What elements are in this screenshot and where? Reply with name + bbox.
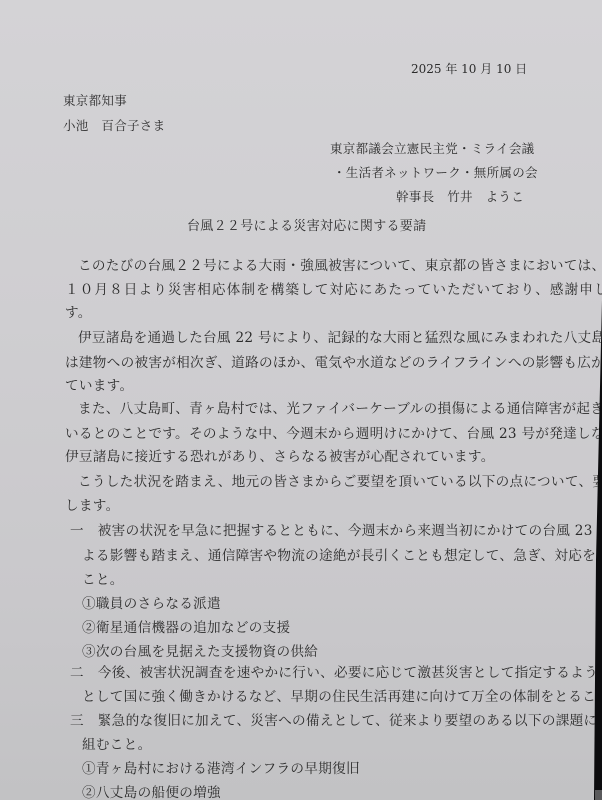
letter-date: 2025 年 10 月 10 日 xyxy=(411,60,527,78)
sender-signatory: 幹事長 竹井 ようこ xyxy=(396,188,524,206)
paragraph-3-line-1: また、八丈島町、青ヶ島村では、光ファイバーケーブルの損傷による通信障害が起きて xyxy=(78,400,602,418)
request-3-subitem-2: ②八丈島の船便の増強 xyxy=(82,784,221,800)
paragraph-3-line-2: いるとのことです。そのような中、今週末から週明けにかけて、台風 23 号が発達し… xyxy=(65,425,602,443)
sender-line-2: ・生活者ネットワーク・無所属の会 xyxy=(333,164,538,182)
request-1-subitem-1: ①職員のさらなる派遣 xyxy=(82,595,221,613)
request-3-line-1: 三 緊急的な復旧に加えて、災害への備えとして、従来より要望のある以下の課題にも取 xyxy=(70,712,602,730)
sender-line-1: 東京都議会立憲民主党・ミライ会議 xyxy=(330,140,534,158)
request-3-subitem-1: ①青ヶ島村における港湾インフラの早期復旧 xyxy=(82,760,360,778)
paragraph-1-line-1: このたびの台風２２号による大雨・強風被害について、東京都の皆さまにおいては、 xyxy=(78,257,602,275)
addressee-title: 東京都知事 xyxy=(63,92,127,110)
paragraph-1-line-2: １０月８日より災害相応体制を構築して対応にあたっていただいており、感謝申し上げま xyxy=(65,281,602,299)
request-1-line-3: こと。 xyxy=(82,571,124,589)
letter-paper: 2025 年 10 月 10 日 東京都知事 小池 百合子さま 東京都議会立憲民… xyxy=(0,0,602,800)
request-1-line-1: 一 被害の状況を早急に把握するとともに、今週末から来週当初にかけての台風 23 … xyxy=(70,522,602,540)
paragraph-2-line-2: は建物への被害が相次ぎ、道路のほか、電気や水道などのライフラインへの影響も広がっ xyxy=(65,354,602,372)
paragraph-2-line-1: 伊豆諸島を通過した台風 22 号により、記録的な大雨と猛烈な風にみまわれた八丈島… xyxy=(78,329,602,347)
paragraph-1-line-3: す。 xyxy=(65,304,92,322)
paragraph-3-line-3: 伊豆諸島に接近する恐れがあり、さらなる被害が心配されています。 xyxy=(65,448,495,466)
request-1-subitem-3: ③次の台風を見据えた支援物資の供給 xyxy=(82,643,318,661)
request-3-line-2: 組むこと。 xyxy=(82,736,151,754)
paragraph-2-line-3: ています。 xyxy=(65,377,133,395)
request-2-line-1: 二 今後、被害状況調査を速やかに行い、必要に応じて激甚災害として指定するよう、都 xyxy=(70,664,602,682)
request-1-subitem-2: ②衛星通信機器の追加などの支援 xyxy=(82,619,290,637)
background-edge xyxy=(595,790,602,800)
paragraph-4-line-2: します。 xyxy=(65,497,120,515)
paragraph-4-line-1: こうした状況を踏まえ、地元の皆さまからご要望を頂いている以下の点について、要請 xyxy=(78,473,602,491)
addressee-name: 小池 百合子さま xyxy=(63,117,165,135)
letter-title: 台風２２号による災害対応に関する要請 xyxy=(187,218,426,236)
request-2-line-2: として国に強く働きかけるなど、早期の住民生活再建に向けて万全の体制をとること。 xyxy=(82,688,602,706)
request-1-line-2: よる影響も踏まえ、通信障害や物流の途絶が長引くことも想定して、急ぎ、対応をとる xyxy=(82,547,602,565)
